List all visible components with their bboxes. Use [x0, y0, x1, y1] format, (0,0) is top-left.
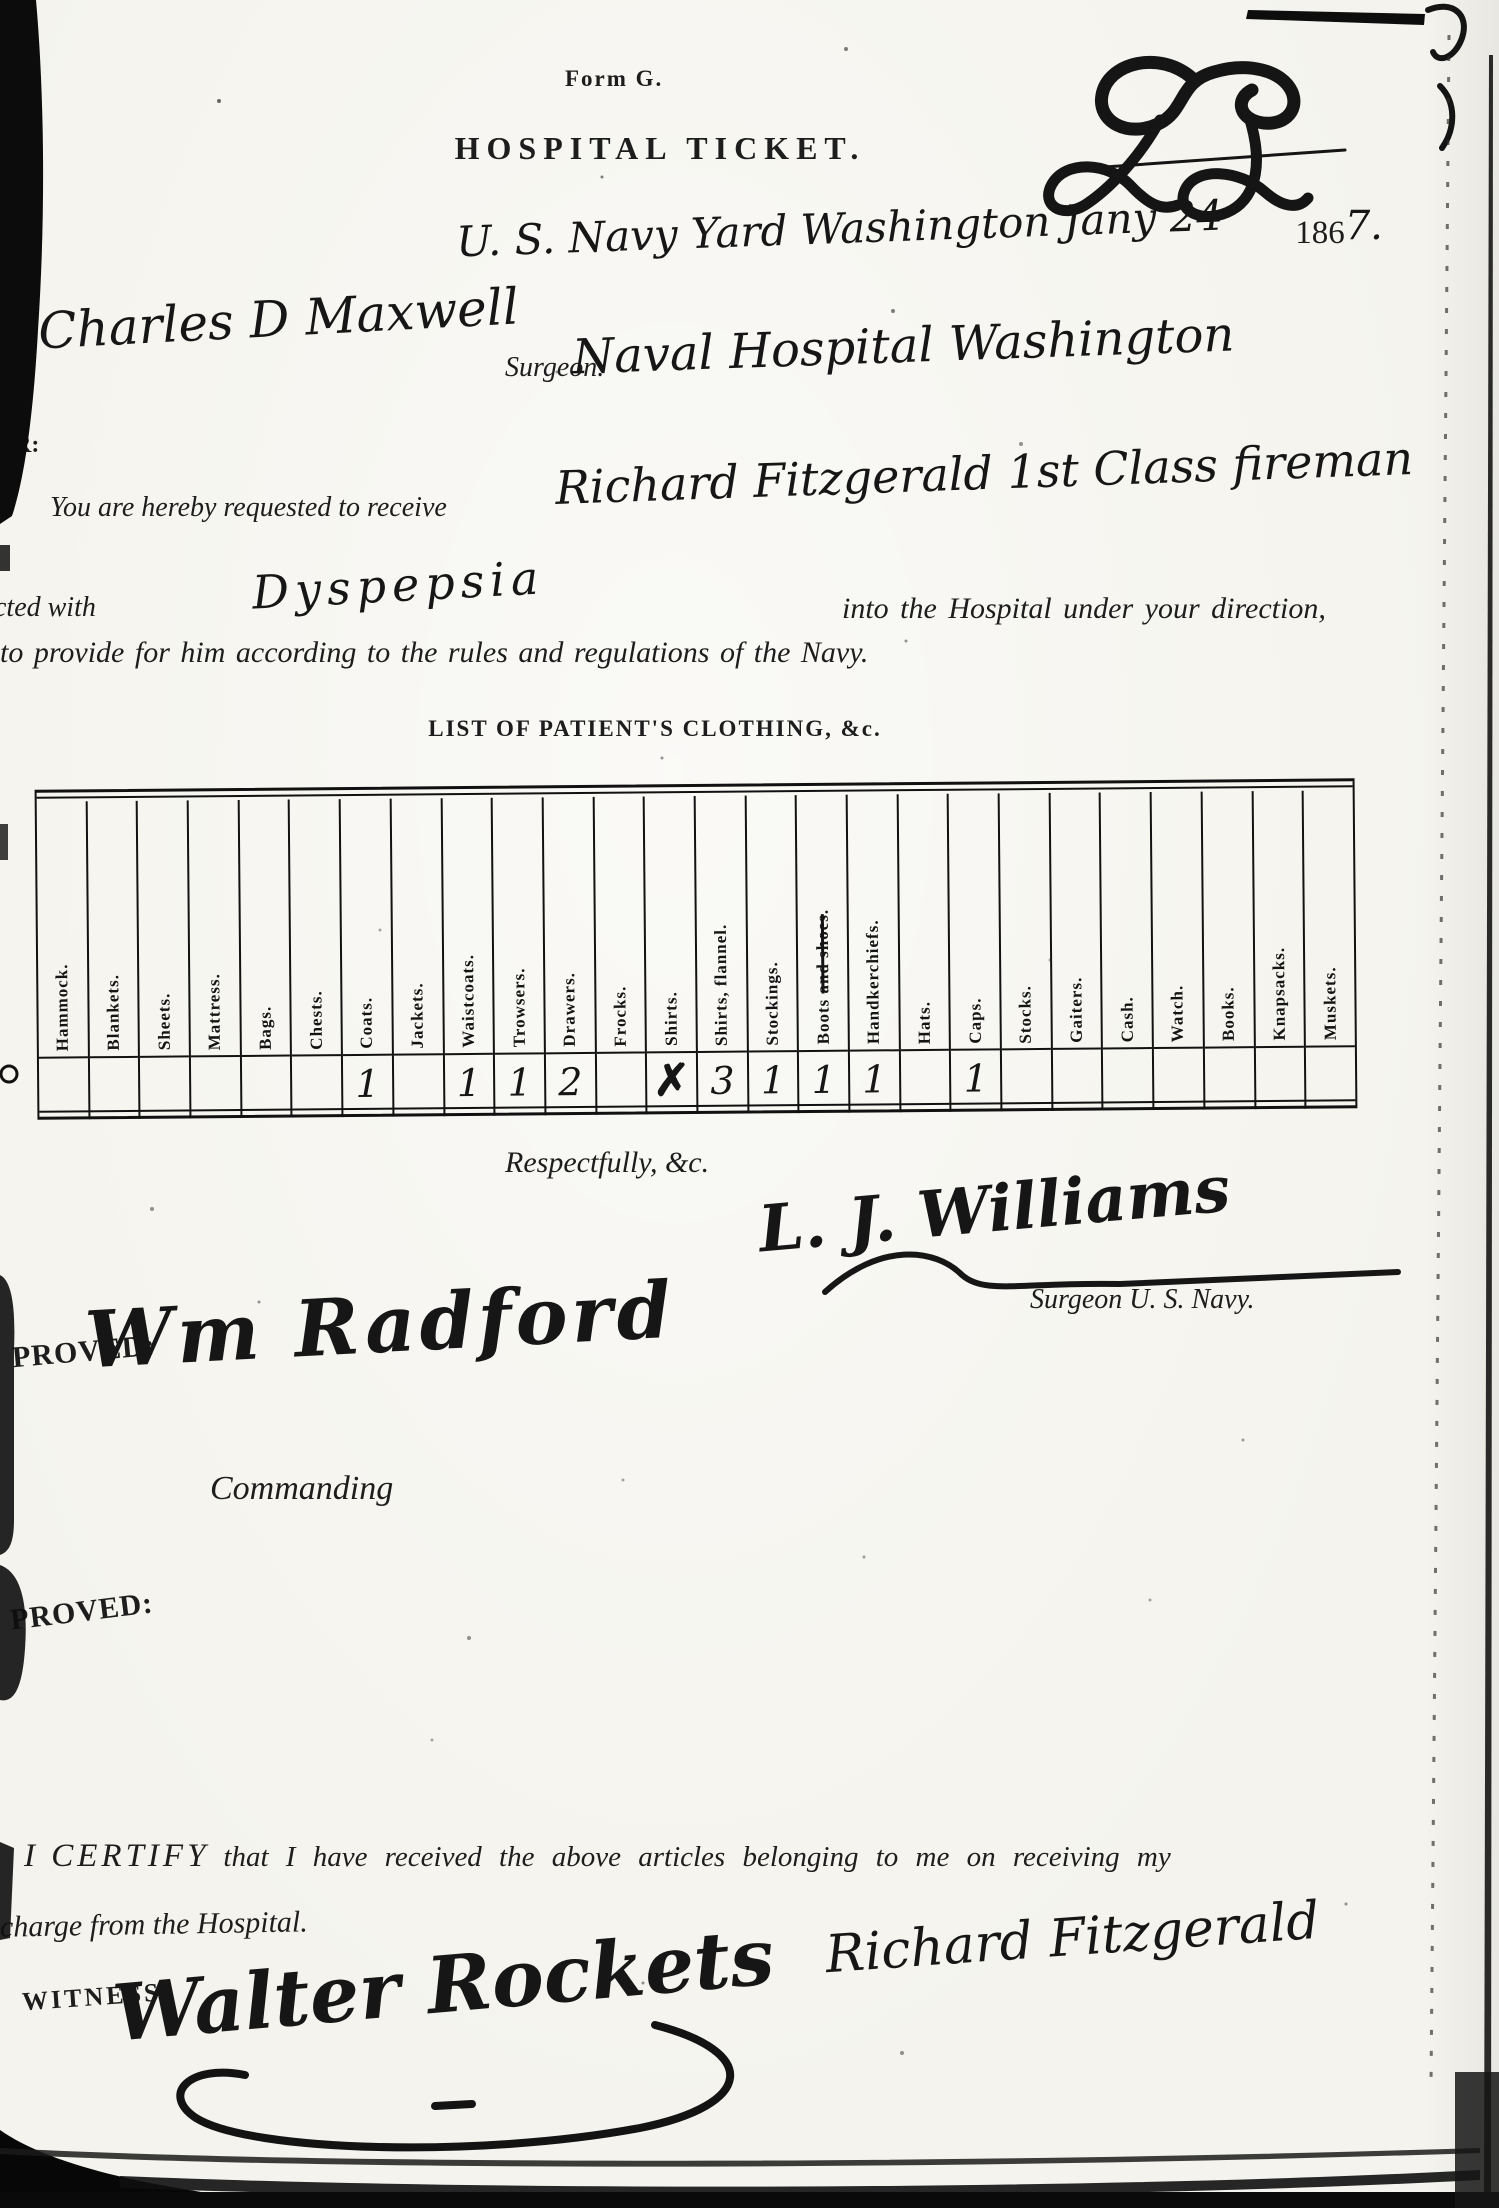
clothing-column-value: 1: [495, 1052, 544, 1110]
clothing-column-label: Watch.: [1152, 792, 1203, 1047]
clothing-column: Gaiters.: [1048, 792, 1101, 1110]
clothing-column-value: [191, 1055, 240, 1113]
clothing-column-label: Mattress.: [189, 800, 240, 1055]
provide-line-printed: to provide for him according to the rule…: [0, 636, 868, 670]
form-number-label: Form G.: [565, 66, 663, 92]
clothing-column: Bags.: [237, 800, 290, 1118]
clothing-column: Waistcoats.1: [440, 798, 493, 1116]
bottom-edge-band: [0, 2192, 1499, 2208]
dateline-place-date-handwriting: U. S. Navy Yard Washington Jany 24: [455, 191, 1223, 267]
clothing-column: Jackets.: [389, 798, 442, 1116]
clothing-column-label: Shirts, flannel.: [696, 796, 747, 1051]
disease-handwriting: Dyspepsia: [251, 550, 546, 619]
clothing-column-value: ✗: [647, 1051, 696, 1109]
clothing-column: Sheets.: [136, 800, 189, 1118]
addressee-station-handwriting: Naval Hospital Washington: [571, 306, 1235, 385]
afflicted-with-remnant: cted with: [0, 592, 96, 624]
clothing-column: Books.: [1200, 791, 1253, 1109]
clothing-column-value: 1: [444, 1053, 493, 1111]
top-edge-streak: [1246, 10, 1425, 25]
clothing-column: Stocks.: [998, 793, 1051, 1111]
clothing-column: Knapsacks.: [1251, 791, 1304, 1109]
clothing-column-label: Books.: [1202, 791, 1253, 1046]
direction-line-printed: into the Hospital under your direction,: [842, 592, 1326, 626]
clothing-column-label: Hats.: [898, 794, 949, 1049]
clothing-column-label: Sheets.: [138, 800, 189, 1055]
clothing-column: Shirts.✗: [643, 796, 696, 1114]
clothing-column-value: 1: [951, 1048, 1000, 1106]
salutation-remnant: R:: [14, 432, 39, 459]
dateline: U. S. Navy Yard Washington Jany 24 186 7…: [456, 204, 1383, 253]
page-title: HOSPITAL TICKET.: [400, 130, 920, 167]
surgeon-signature: L. J. Williams: [756, 1152, 1233, 1268]
clothing-column-label: Shirts.: [645, 796, 696, 1051]
right-edge-line: [1484, 55, 1493, 2208]
corner-handwriting-mark: [1428, 7, 1464, 148]
clothing-column: Drawers.2: [542, 797, 595, 1115]
clothing-column-label: Cash.: [1101, 792, 1152, 1047]
surgeon-title-line: Surgeon U. S. Navy.: [1030, 1284, 1255, 1316]
clothing-column-value: 3: [698, 1051, 747, 1109]
scanned-hospital-ticket-page: Form G. HOSPITAL TICKET. U. S. Navy Yard…: [0, 0, 1499, 2208]
clothing-column-label: Stocks.: [1000, 793, 1051, 1048]
clothing-column-value: [1306, 1045, 1355, 1103]
clothing-column-label: Bags.: [239, 800, 290, 1055]
clothing-column-value: [39, 1056, 88, 1114]
clothing-column-label: Drawers.: [544, 797, 595, 1052]
clothing-column: Chests.: [288, 799, 341, 1117]
clothing-column-value: [394, 1053, 443, 1111]
clothing-column-value: [140, 1055, 189, 1113]
certify-rest: that I have received the above articles …: [223, 1841, 1170, 1874]
clothing-column-label: Muskets.: [1304, 790, 1355, 1045]
patient-name-handwriting: Richard Fitzgerald 1st Class fireman: [554, 431, 1414, 515]
clothing-table: Hammock.Blankets.Sheets.Mattress.Bags.Ch…: [35, 778, 1358, 1120]
clothing-column: Trowsers.1: [491, 797, 544, 1115]
clothing-column-label: Boots and shoes.: [797, 795, 848, 1050]
clothing-column-value: [1154, 1047, 1203, 1105]
clothing-column: Muskets.: [1302, 790, 1355, 1108]
respectfully-line: Respectfully, &c.: [505, 1146, 709, 1180]
certify-line: I CERTIFY that I have received the above…: [24, 1838, 1171, 1875]
clothing-column-label: Frocks.: [594, 796, 645, 1051]
bottom-left-wedge: [0, 2130, 280, 2205]
clothing-column-label: Stockings.: [746, 795, 797, 1050]
addressee-name-handwriting: Charles D Maxwell: [37, 277, 520, 360]
dateline-year-printed: 186: [1295, 215, 1345, 252]
clothing-column-label: Knapsacks.: [1253, 791, 1304, 1046]
clothing-column-label: Blankets.: [87, 801, 138, 1056]
page-fold-line: [1431, 35, 1449, 2085]
clothing-column: Hammock.: [37, 801, 88, 1119]
clothing-column: Blankets.: [85, 801, 138, 1119]
certify-line2: charge from the Hospital.: [0, 1905, 308, 1944]
clothing-column: Hats.: [896, 794, 949, 1112]
clothing-column: Shirts, flannel.3: [694, 796, 747, 1114]
clothing-column-label: Handkerchiefs.: [848, 794, 899, 1049]
clothing-column-value: [1255, 1046, 1304, 1104]
clothing-column-label: Coats.: [341, 799, 392, 1054]
clothing-column-value: [901, 1049, 950, 1107]
clothing-column: Mattress.: [187, 800, 240, 1118]
clothing-column-value: [1002, 1048, 1051, 1106]
clothing-column: Cash.: [1099, 792, 1152, 1110]
clothing-column-value: [242, 1055, 291, 1113]
clothing-column-label: Chests.: [290, 799, 341, 1054]
clothing-column-label: Gaiters.: [1050, 792, 1101, 1047]
clothing-column: Coats.1: [339, 799, 392, 1117]
clothing-column-value: 1: [343, 1054, 392, 1112]
clothing-column-label: Hammock.: [37, 801, 88, 1056]
clothing-column-value: 2: [546, 1052, 595, 1110]
stray-mark: [1, 1066, 17, 1082]
clothing-column: Boots and shoes.1: [795, 795, 848, 1113]
clothing-column-value: [1053, 1047, 1102, 1105]
clothing-column-label: Caps.: [949, 793, 1000, 1048]
clothing-column-value: 1: [799, 1050, 848, 1108]
commanding-line: Commanding: [210, 1470, 393, 1508]
clothing-column-value: [90, 1056, 139, 1114]
clothing-list-heading: LIST OF PATIENT'S CLOTHING, &c.: [380, 716, 930, 742]
clothing-column-value: [1103, 1047, 1152, 1105]
clothing-column-label: Trowsers.: [493, 797, 544, 1052]
dateline-year-handwriting: 7.: [1345, 203, 1383, 249]
clothing-column: Stockings.1: [744, 795, 797, 1113]
certify-lead: I CERTIFY: [24, 1838, 209, 1875]
clothing-column-label: Jackets.: [391, 798, 442, 1053]
patient-signature: Richard Fitzgerald: [824, 1891, 1322, 1985]
clothing-column-value: 1: [850, 1049, 899, 1107]
clothing-table-columns: Hammock.Blankets.Sheets.Mattress.Bags.Ch…: [37, 790, 1356, 1119]
clothing-column-value: [596, 1051, 645, 1109]
clothing-column: Caps.1: [947, 793, 1000, 1111]
clothing-column: Handkerchiefs.1: [846, 794, 899, 1112]
request-line-printed: You are hereby requested to receive: [50, 492, 447, 524]
clothing-column-value: 1: [749, 1050, 798, 1108]
clothing-column: Frocks.: [592, 796, 645, 1114]
clothing-column: Watch.: [1150, 792, 1203, 1110]
clothing-column-label: Waistcoats.: [442, 798, 493, 1053]
commander-signature: Wm Radford: [83, 1265, 677, 1387]
clothing-column-value: [292, 1054, 341, 1112]
approved-label-2: PROVED:: [8, 1586, 155, 1637]
clothing-column-value: [1205, 1046, 1254, 1104]
